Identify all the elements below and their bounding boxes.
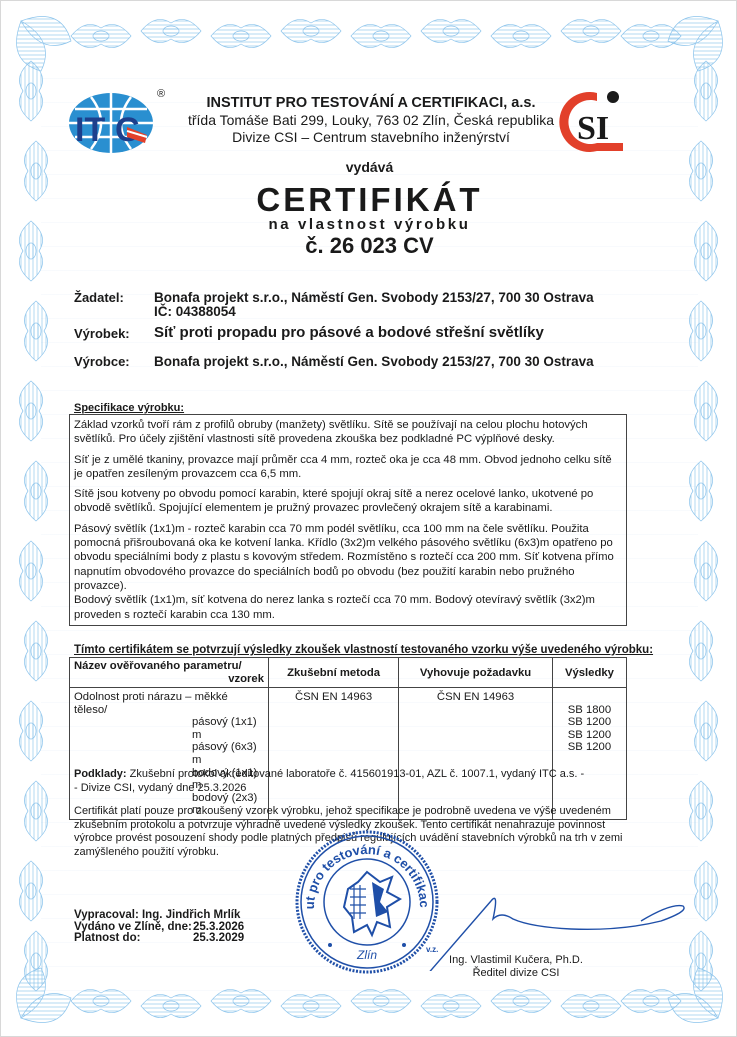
sample-result: SB 1200	[557, 741, 622, 754]
specification-box: Základ vzorků tvoří rám z profilů obruby…	[69, 414, 627, 626]
issuer-division: Divize CSI – Centrum stavebního inženýrs…	[171, 129, 571, 146]
certificate-title: CERTIFIKÁT	[1, 181, 737, 219]
column-header-parameter: Název ověřovaného parametru/ vzorek	[70, 658, 269, 688]
applicant-label: Žadatel:	[74, 290, 154, 305]
issuer-header: INSTITUT PRO TESTOVÁNÍ A CERTIFIKACI, a.…	[171, 95, 571, 146]
cell-method: ČSN EN 14963	[269, 688, 399, 820]
sample-result: SB 1200	[557, 716, 622, 729]
column-header-requirement: Vyhovuje požadavku	[399, 658, 553, 688]
table-row: Odolnost proti nárazu – měkké těleso/ pá…	[70, 688, 627, 820]
certificate-number: č. 26 023 CV	[1, 233, 737, 259]
sample-name: pásový (1x1) m	[74, 716, 264, 741]
spec-paragraph: Základ vzorků tvoří rám z profilů obruby…	[74, 418, 622, 447]
sample-result: SB 1200	[557, 729, 622, 742]
registered-mark: ®	[157, 88, 165, 100]
basis-section: Podklady: Zkušební protokol akreditované…	[74, 768, 634, 795]
svg-text:IT: IT	[75, 111, 105, 149]
table-header-row: Název ověřovaného parametru/ vzorek Zkuš…	[70, 658, 627, 688]
certificate-subtitle: na vlastnost výrobku	[1, 216, 737, 233]
spec-paragraph: Bodový světlík (1x1)m, síť kotvena do ne…	[74, 593, 622, 622]
basis-label: Podklady:	[74, 768, 127, 780]
spec-paragraph: Sítě jsou kotveny po obvodu pomocí karab…	[74, 487, 622, 516]
applicant-value: Bonafa projekt s.r.o., Náměstí Gen. Svob…	[154, 290, 594, 305]
signer-title: Ředitel divize CSI	[426, 967, 606, 980]
cell-results: SB 1800 SB 1200 SB 1200 SB 1200	[552, 688, 626, 820]
svg-text:SI: SI	[577, 110, 609, 147]
basis-text: Zkušební protokol akreditované laboratoř…	[130, 768, 585, 780]
product-label: Výrobek:	[74, 326, 154, 341]
certificate-page: IT C ® SI INSTITUT PRO TESTOVÁNÍ A CERTI…	[0, 0, 737, 1037]
issues-label: vydává	[1, 159, 737, 175]
applicant-id: IČ: 04388054	[154, 304, 236, 319]
basis-text-continued: - Divize CSI, vydaný dne 25.3.2026	[74, 782, 246, 794]
column-header-method: Zkušební metoda	[269, 658, 399, 688]
sample-result: SB 1800	[557, 704, 622, 717]
svg-text:Zlín: Zlín	[356, 948, 377, 962]
official-stamp: Institut pro testování a certifikaci, a.…	[292, 827, 442, 977]
valid-until-row: Platnost do:25.3.2029	[74, 933, 244, 945]
manufacturer-label: Výrobce:	[74, 354, 154, 369]
signer-prefix: v.z.	[426, 946, 606, 954]
spec-paragraph: Síť je z umělé tkaniny, provazce mají pr…	[74, 453, 622, 482]
specification-title: Specifikace výrobku:	[74, 402, 184, 414]
issue-details: Vypracoval: Ing. Jindřich Mrlík Vydáno v…	[74, 910, 244, 945]
cell-parameter: Odolnost proti nárazu – měkké těleso/ pá…	[70, 688, 269, 820]
results-table: Název ověřovaného parametru/ vzorek Zkuš…	[69, 657, 627, 820]
product-value: Síť proti propadu pro pásové a bodové st…	[154, 324, 544, 341]
results-title: Tímto certifikátem se potvrzují výsledky…	[74, 644, 653, 656]
issuer-address: třída Tomáše Bati 299, Louky, 763 02 Zlí…	[171, 112, 571, 129]
sample-name: pásový (6x3) m	[74, 741, 264, 766]
signer-block: v.z. Ing. Vlastimil Kučera, Ph.D. Ředite…	[426, 946, 606, 980]
issuer-name: INSTITUT PRO TESTOVÁNÍ A CERTIFIKACI, a.…	[171, 95, 571, 112]
column-header-results: Výsledky	[552, 658, 626, 688]
spec-paragraph: Pásový světlík (1x1)m - rozteč karabin c…	[74, 522, 622, 593]
signer-name: Ing. Vlastimil Kučera, Ph.D.	[426, 954, 606, 967]
itc-logo: IT C ®	[65, 85, 169, 157]
cell-requirement: ČSN EN 14963	[399, 688, 553, 820]
manufacturer-value: Bonafa projekt s.r.o., Náměstí Gen. Svob…	[154, 354, 594, 369]
